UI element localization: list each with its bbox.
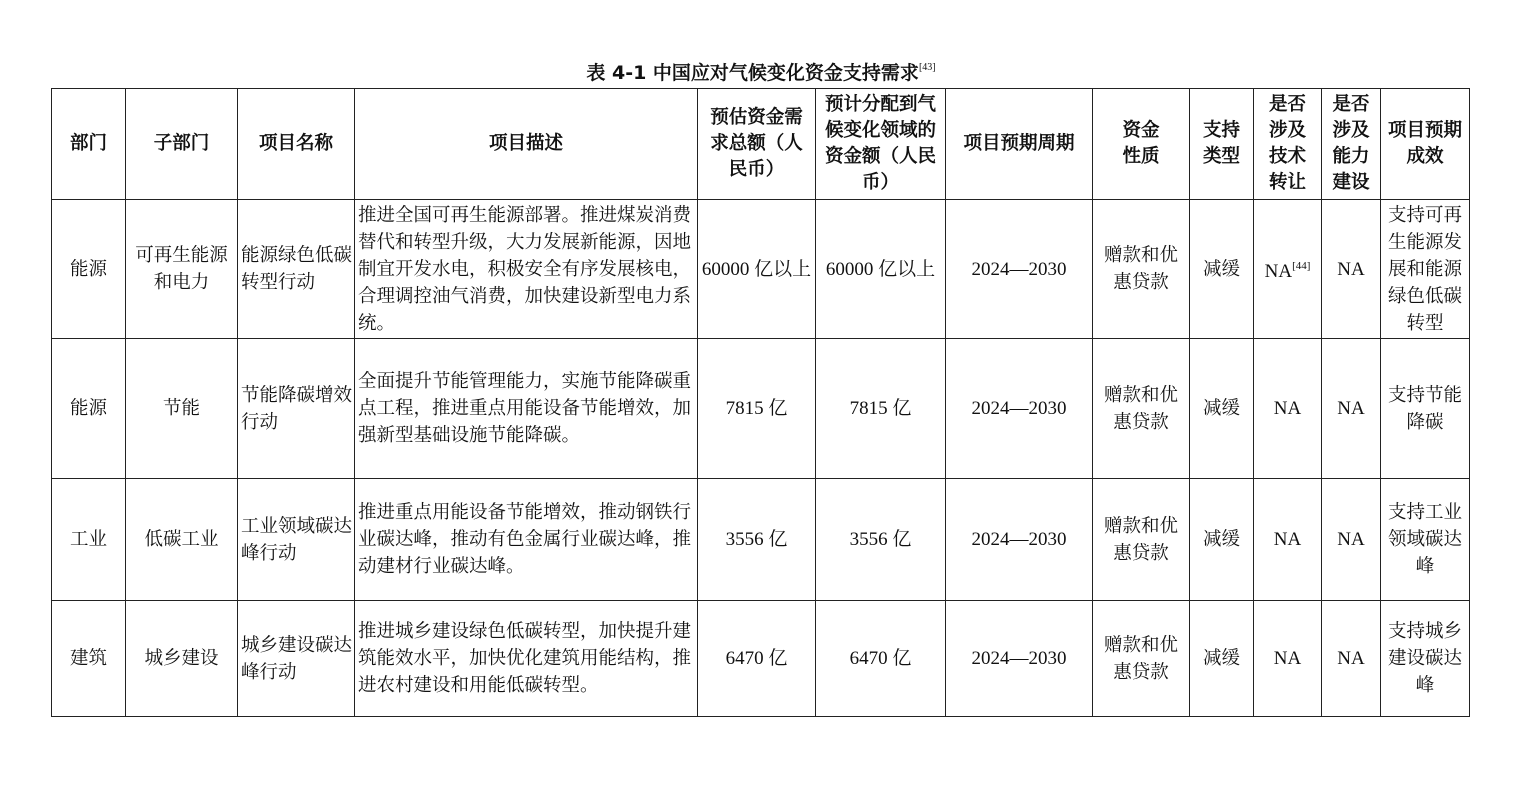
cell-tech: NA[44] <box>1254 200 1322 339</box>
cell-subdept: 城乡建设 <box>126 601 238 717</box>
cell-name: 能源绿色低碳转型行动 <box>238 200 355 339</box>
cell-desc: 推进城乡建设绿色低碳转型，加快提升建筑能效水平，加快优化建筑用能结构，推进农村建… <box>355 601 698 717</box>
cell-support: 减缓 <box>1190 601 1254 717</box>
cell-nature: 赠款和优惠贷款 <box>1093 601 1190 717</box>
header-name: 项目名称 <box>238 89 355 200</box>
cell-subdept: 可再生能源和电力 <box>126 200 238 339</box>
cell-period: 2024—2030 <box>946 339 1093 479</box>
cell-tech: NA <box>1254 339 1322 479</box>
header-tech: 是否涉及技术转让 <box>1254 89 1322 200</box>
cell-period: 2024—2030 <box>946 479 1093 601</box>
cell-capacity: NA <box>1322 339 1381 479</box>
cell-desc: 推进重点用能设备节能增效，推动钢铁行业碳达峰，推动有色金属行业碳达峰，推动建材行… <box>355 479 698 601</box>
cell-name: 城乡建设碳达峰行动 <box>238 601 355 717</box>
header-allocated: 预计分配到气候变化领域的资金额（人民币） <box>816 89 946 200</box>
cell-name: 工业领域碳达峰行动 <box>238 479 355 601</box>
cell-total: 60000 亿以上 <box>698 200 816 339</box>
cell-allocated: 6470 亿 <box>816 601 946 717</box>
cell-period: 2024—2030 <box>946 200 1093 339</box>
cell-outcome: 支持城乡建设碳达峰 <box>1381 601 1470 717</box>
cell-outcome: 支持工业领域碳达峰 <box>1381 479 1470 601</box>
table-row: 能源 节能 节能降碳增效行动 全面提升节能管理能力，实施节能降碳重点工程，推进重… <box>52 339 1470 479</box>
cell-subdept: 低碳工业 <box>126 479 238 601</box>
cell-desc: 全面提升节能管理能力，实施节能降碳重点工程，推进重点用能设备节能增效，加强新型基… <box>355 339 698 479</box>
cell-dept: 建筑 <box>52 601 126 717</box>
header-total: 预估资金需求总额（人民币） <box>698 89 816 200</box>
cell-allocated: 3556 亿 <box>816 479 946 601</box>
cell-nature: 赠款和优惠贷款 <box>1093 200 1190 339</box>
cell-desc: 推进全国可再生能源部署。推进煤炭消费替代和转型升级，大力发展新能源，因地制宜开发… <box>355 200 698 339</box>
cell-dept: 能源 <box>52 200 126 339</box>
cell-allocated: 7815 亿 <box>816 339 946 479</box>
cell-outcome: 支持可再生能源发展和能源绿色低碳转型 <box>1381 200 1470 339</box>
tech-citation: [44] <box>1292 260 1310 272</box>
cell-name: 节能降碳增效行动 <box>238 339 355 479</box>
header-subdept: 子部门 <box>126 89 238 200</box>
cell-tech: NA <box>1254 479 1322 601</box>
cell-total: 7815 亿 <box>698 339 816 479</box>
cell-subdept: 节能 <box>126 339 238 479</box>
header-desc: 项目描述 <box>355 89 698 200</box>
header-support: 支持类型 <box>1190 89 1254 200</box>
cell-nature: 赠款和优惠贷款 <box>1093 479 1190 601</box>
header-dept: 部门 <box>52 89 126 200</box>
header-capacity: 是否涉及能力建设 <box>1322 89 1381 200</box>
header-outcome: 项目预期成效 <box>1381 89 1470 200</box>
cell-capacity: NA <box>1322 479 1381 601</box>
cell-total: 6470 亿 <box>698 601 816 717</box>
cell-tech: NA <box>1254 601 1322 717</box>
cell-support: 减缓 <box>1190 479 1254 601</box>
table-row: 能源 可再生能源和电力 能源绿色低碳转型行动 推进全国可再生能源部署。推进煤炭消… <box>52 200 1470 339</box>
cell-capacity: NA <box>1322 200 1381 339</box>
cell-dept: 能源 <box>52 339 126 479</box>
cell-support: 减缓 <box>1190 339 1254 479</box>
cell-allocated: 60000 亿以上 <box>816 200 946 339</box>
header-nature: 资金性质 <box>1093 89 1190 200</box>
tech-value: NA <box>1265 261 1292 282</box>
table-row: 工业 低碳工业 工业领域碳达峰行动 推进重点用能设备节能增效，推动钢铁行业碳达峰… <box>52 479 1470 601</box>
cell-support: 减缓 <box>1190 200 1254 339</box>
caption-citation: [43] <box>919 62 936 73</box>
header-period: 项目预期周期 <box>946 89 1093 200</box>
table-caption: 表 4-1 中国应对气候变化资金支持需求[43] <box>0 58 1522 85</box>
cell-nature: 赠款和优惠贷款 <box>1093 339 1190 479</box>
climate-finance-table: 部门 子部门 项目名称 项目描述 预估资金需求总额（人民币） 预计分配到气候变化… <box>51 88 1470 717</box>
cell-period: 2024—2030 <box>946 601 1093 717</box>
cell-dept: 工业 <box>52 479 126 601</box>
header-row: 部门 子部门 项目名称 项目描述 预估资金需求总额（人民币） 预计分配到气候变化… <box>52 89 1470 200</box>
cell-capacity: NA <box>1322 601 1381 717</box>
caption-text: 表 4-1 中国应对气候变化资金支持需求 <box>586 62 919 84</box>
cell-total: 3556 亿 <box>698 479 816 601</box>
table-row: 建筑 城乡建设 城乡建设碳达峰行动 推进城乡建设绿色低碳转型，加快提升建筑能效水… <box>52 601 1470 717</box>
cell-outcome: 支持节能降碳 <box>1381 339 1470 479</box>
